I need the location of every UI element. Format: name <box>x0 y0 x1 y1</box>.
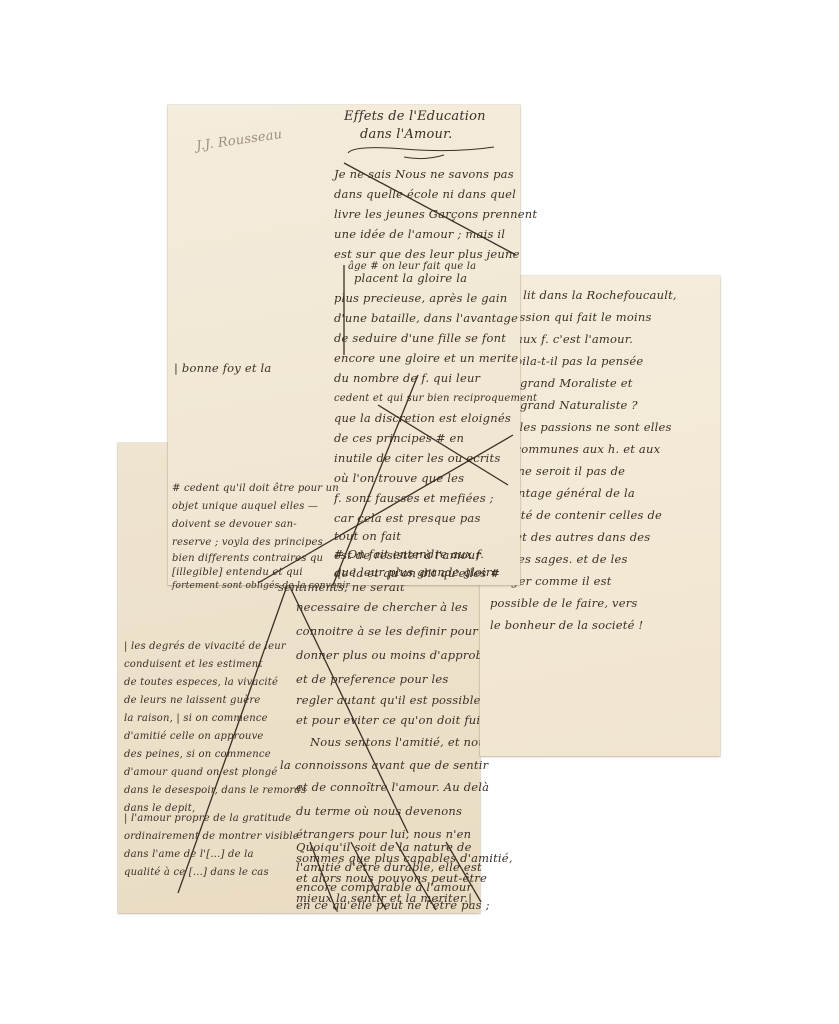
sheet-bottom-margin-line: | les degrés de vivacité de leur <box>124 641 286 652</box>
sheet-bottom-line: Nous sentons l'amitié, et nous <box>310 735 492 749</box>
sheet-bottom-margin-lower-line: dans l'ame de l'[...] de la <box>124 849 254 860</box>
sheet-top-margin-lower-line: doivent se devouer san- <box>172 519 297 530</box>
sheet-top-line: est sur que des leur plus jeune <box>334 247 520 261</box>
sheet-bottom-margin-line: de leurs ne laissent guère <box>124 695 261 706</box>
sheet-bottom-line: la connoissons avant que de sentir <box>280 758 488 772</box>
sheet-bottom-margin-line: dans le desespoir, dans le remords <box>124 785 306 796</box>
sheet-top-line: tout on fait <box>334 529 401 543</box>
sheet-top-line: une idée de l'amour ; mais il <box>334 227 505 241</box>
sheet-bottom-margin-line: la raison, | si on commence <box>124 713 268 724</box>
sheet-top-margin-lower-line: reserve ; voyla des principes <box>172 537 323 548</box>
sheet-top-line: d'une bataille, dans l'avantage <box>334 311 518 325</box>
sheet-bottom-line: l'amitié d'être durable, elle est <box>296 860 482 874</box>
sheet-bottom-line: Quoiqu'il soit de la nature de <box>296 840 472 854</box>
sheet-top-line: placent la gloire la <box>354 271 467 285</box>
sheet-bottom-margin-line: d'amour quand on est plongé <box>124 767 278 778</box>
sheet-top-margin-note: | bonne foy et la <box>174 361 271 375</box>
sheet-right-line: le bonheur de la societé ! <box>490 618 643 632</box>
title-flourish <box>344 143 504 163</box>
sheet-top-line: est de resister à l'amour <box>334 548 481 562</box>
sheet-top-margin-lower-line: bien differents contraires qu <box>172 553 323 564</box>
sheet-top-line: inutile de citer les ou ecrits <box>334 451 500 465</box>
sheet-top-line: que la discretion est eloignés <box>334 411 511 425</box>
sheet-bottom-line: necessaire de chercher à les <box>296 600 468 614</box>
sheet-bottom-line: du terme où nous devenons <box>296 804 462 818</box>
sheet-bottom-line: étrangers pour lui, nous n'en <box>296 827 471 841</box>
sheet-bottom-margin-line: conduisent et les estiment <box>124 659 263 670</box>
sheet-top-line: Je ne sais Nous ne savons pas <box>334 167 514 181</box>
sheet-top-line: de ces principes # en <box>334 431 464 445</box>
manuscript-title-line-1: Effets de l'Education <box>344 109 486 124</box>
sheet-top-margin-lower-line: objet unique auquel elles — <box>172 501 318 512</box>
sheet-top-margin-lower-line: [illegible] entendu et qui <box>172 567 303 578</box>
sheet-bottom-margin-lower-line: qualité à ce [...] dans le cas <box>124 867 269 878</box>
sheet-bottom-line: et de connoître l'amour. Au delà <box>296 780 489 794</box>
sheet-top-margin-lower-line: fortement sont obligés de la convenir <box>172 581 350 591</box>
sheet-top-line: dans quelle école ni dans quel <box>334 187 516 201</box>
sheet-right-line: possible de le faire, vers <box>490 596 638 610</box>
sheet-right-line: On lit dans la Rochefoucault, <box>502 288 677 302</box>
pencil-signature: J.J. Rousseau <box>195 127 283 154</box>
sheet-top-line: plus precieuse, après le gain <box>334 291 507 305</box>
sheet-bottom-margin-line: des peines, si on commence <box>124 749 271 760</box>
sheet-top-line: du nombre de f. qui leur <box>334 371 480 385</box>
sheet-bottom-margin-line: de toutes especes, la vivacité <box>124 677 278 688</box>
manuscript-sheet-top: J.J. Rousseau Effets de l'Education dans… <box>168 105 520 585</box>
sheet-top-line: f. sont fausses et mefiées ; <box>334 491 494 505</box>
sheet-top-line: où l'on trouve que les <box>334 471 464 485</box>
sheet-bottom-line: regler autant qu'il est possible ? <box>296 693 491 707</box>
sheet-bottom-line: et de preference pour les <box>296 672 448 686</box>
sheet-bottom-line: en ce qu'elle peut ne l'être pas ; <box>296 898 490 912</box>
sheet-top-line: livre les jeunes Garçons prennent <box>334 207 537 221</box>
sheet-top-line: de seduire d'une fille se font <box>334 331 506 345</box>
sheet-bottom-line: et pour eviter ce qu'on doit fuir <box>296 713 486 727</box>
sheet-bottom-margin-lower-line: ordinairement de montrer visible <box>124 831 299 842</box>
sheet-bottom-line: connoitre à se les definir pour leur <box>296 624 506 638</box>
sheet-top-margin-lower-line: # cedent qu'il doit être pour un <box>172 483 339 494</box>
sheet-top-line: cedent et qui sur bien reciproquement <box>334 393 537 404</box>
sheet-top-line: de la et qu'on dit qu'elles # <box>334 566 500 580</box>
sheet-bottom-margin-line: d'amitié celle on approuve <box>124 731 264 742</box>
sheet-bottom-margin-lower-line: | l'amour propre de la gratitude <box>124 813 291 824</box>
sheet-top-line: car cela est presque pas <box>334 511 481 525</box>
manuscript-title-line-2: dans l'Amour. <box>360 127 452 142</box>
sheet-bottom-line: encore comparable à l'amour <box>296 880 472 894</box>
sheet-top-line: encore une gloire et un merite <box>334 351 518 365</box>
